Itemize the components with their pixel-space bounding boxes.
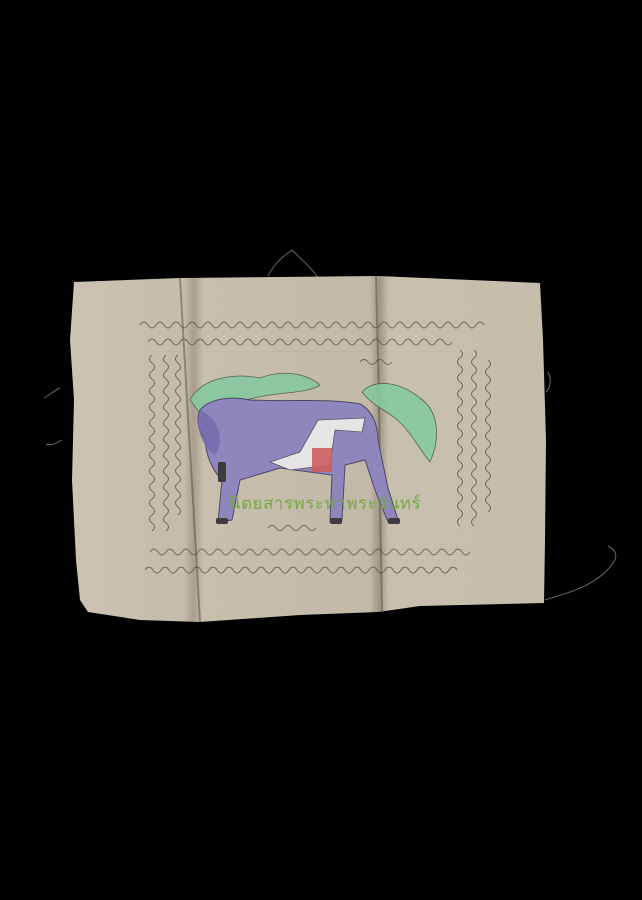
talisman-cloth-illustration (0, 0, 642, 900)
red-mark (312, 448, 332, 472)
photo-scene: นิตยสารพระท่าพระจันทร์ (0, 0, 642, 900)
watermark-text: นิตยสารพระท่าพระจันทร์ (205, 490, 445, 517)
